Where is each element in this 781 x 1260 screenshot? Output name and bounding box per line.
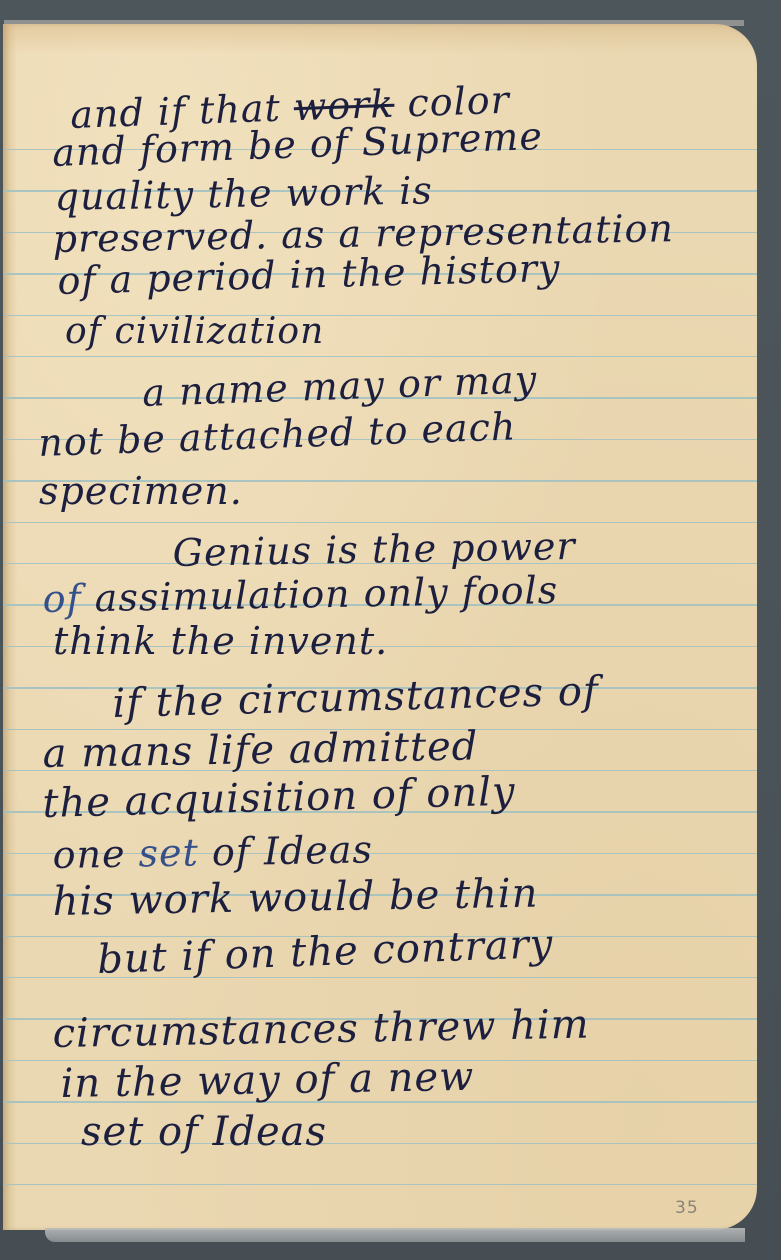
ruled-line (3, 356, 757, 357)
handwriting-line-16: one set of Ideas (52, 830, 373, 874)
ruled-line (3, 1184, 757, 1185)
handwriting-line-8: not be attached to each (38, 407, 517, 462)
handwriting-line-15: the acquisition of only (42, 772, 516, 824)
handwriting-line-17: his work would be thin (52, 874, 538, 922)
handwriting-line-10: Genius is the power (172, 527, 576, 572)
handwriting-line-3: quality the work is (54, 171, 433, 216)
handwriting-line-5: of a period in the history (57, 249, 561, 300)
page-divider-tab (45, 1228, 745, 1242)
handwriting-line-9: specimen. (39, 472, 243, 510)
handwriting-line-6: of civilization (65, 314, 324, 350)
handwriting-line-12: think the invent. (53, 622, 388, 660)
blue-ink-word: of (42, 576, 82, 621)
ruled-line (3, 522, 757, 523)
handwriting-line-13: if the circumstances of (112, 671, 599, 724)
notebook-page: and if that work color and form be of Su… (3, 24, 757, 1230)
handwriting-line-7: a name may or may (142, 360, 538, 412)
handwriting-line-14: a mans life admitted (42, 726, 478, 774)
blue-ink-word: set (138, 830, 199, 875)
handwriting-line-20: in the way of a new (60, 1057, 474, 1104)
handwriting-line-19: circumstances threw him (52, 1005, 590, 1054)
handwriting-line-11: of assimulation only fools (42, 571, 558, 618)
handwriting-line-21: set of Ideas (81, 1112, 327, 1152)
page-number: 35 (675, 1198, 699, 1218)
handwriting-line-18: but if on the contrary (97, 924, 554, 980)
